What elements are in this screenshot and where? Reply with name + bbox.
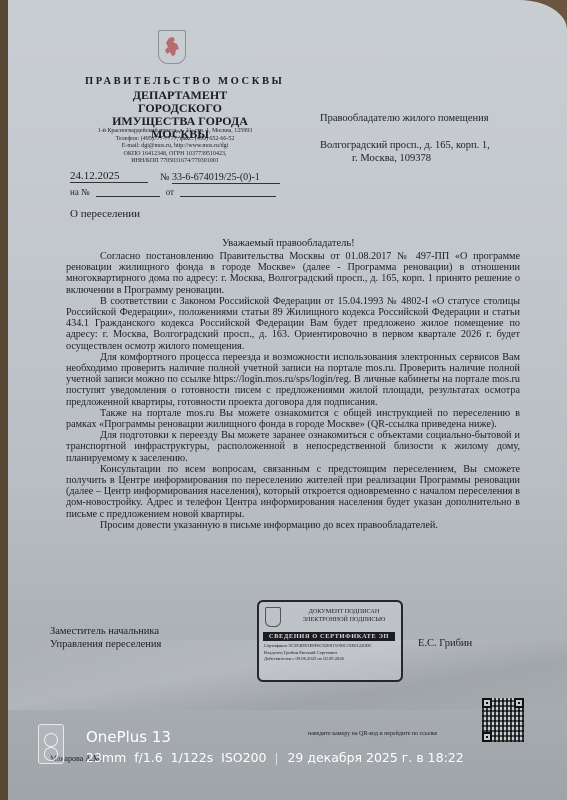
contact-okpo: ОКПО 16412348, ОГРН 1037739510423, (70, 151, 280, 159)
paragraph-renovation-decision: Согласно постановлению Правительства Мос… (66, 251, 520, 296)
paragraph-consultations: Консультации по всем вопросам, связанным… (66, 464, 520, 520)
paragraph-new-apartment: В соответствии с Законом Российской Феде… (66, 296, 520, 352)
qr-finder-pattern (514, 698, 524, 708)
contact-inn: ИНН/КПП 7705031674/770301001 (70, 158, 280, 166)
paragraph-request: Просим довести указанную в письме информ… (66, 520, 520, 531)
qr-finder-pattern (482, 732, 492, 742)
department-contacts: 1-й Красногвардейский проезд, д. 21, стр… (70, 128, 280, 166)
department-line-1: ДЕПАРТАМЕНТ ГОРОДСКОГО (90, 89, 270, 115)
registration-number: № 33-6-674019/25-(0)-1 (160, 172, 280, 183)
aperture: f/1.6 (134, 750, 163, 765)
number-value: 33-6-674019/25-(0)-1 (172, 172, 280, 184)
exif-line: 23mm f/1.6 1/122s ISO200 29 декабря 2025… (86, 750, 464, 765)
stamp-certificate-bar: СВЕДЕНИЯ О СЕРТИФИКАТЕ ЭП (263, 632, 395, 641)
qr-caption: наведите камеру на QR-код и перейдите по… (308, 731, 437, 737)
paragraph-infrastructure: Для подготовки к переезду Вы можете зара… (66, 430, 520, 464)
contact-email: E-mail: dgi@mos.ru, http://www.mos.ru/dg… (70, 143, 280, 151)
stamp-certificate: Сертификат 5C5F4DE3E8F6C82E815190C15E012… (264, 643, 398, 650)
stamp-validity: Действителен с 09.06.2025 по 02.09.2026 (264, 656, 398, 663)
ref-date-blank (180, 196, 276, 197)
iso: ISO200 (221, 750, 266, 765)
e-signature-stamp: ДОКУМЕНТ ПОДПИСАН ЭЛЕКТРОННОЙ ПОДПИСЬЮ С… (257, 600, 403, 682)
qr-code-icon[interactable] (482, 698, 524, 742)
recipient-block: Правообладателю жилого помещения Волгогр… (320, 112, 490, 165)
stamp-title-1: ДОКУМЕНТ ПОДПИСАН (289, 608, 399, 616)
paragraph-instructions: Также на портале mos.ru Вы можете ознако… (66, 408, 520, 430)
greeting: Уважаемый правообладатель! (222, 238, 355, 249)
capture-datetime: 29 декабря 2025 г. в 18:22 (287, 750, 463, 765)
stamp-title-2: ЭЛЕКТРОННОЙ ПОДПИСЬЮ (289, 616, 399, 624)
signatory-name: Е.С. Грибин (418, 638, 472, 649)
letter-date: 24.12.2025 (70, 170, 148, 183)
recipient-title: Правообладателю жилого помещения (320, 112, 490, 125)
camera-icon (38, 724, 64, 764)
ref-label: на № (70, 187, 90, 197)
stamp-owner: Владелец Грибин Евгений Сергеевич (264, 650, 398, 657)
moscow-coat-of-arms-icon (158, 30, 186, 64)
contact-phone: Телефон: (495)777-7777, факс: (499) 652-… (70, 136, 280, 144)
separator (276, 753, 277, 765)
camera-lens-top (44, 733, 58, 747)
signatory-position: Заместитель начальника Управления пересе… (50, 625, 161, 651)
recipient-address-1: Волгоградский просп., д. 165, корп. 1, (320, 139, 490, 152)
government-title: ПРАВИТЕЛЬСТВО МОСКВЫ (85, 76, 284, 87)
letter-subject: О переселении (70, 208, 140, 220)
qr-finder-pattern (482, 698, 492, 708)
stamp-title: ДОКУМЕНТ ПОДПИСАН ЭЛЕКТРОННОЙ ПОДПИСЬЮ (289, 608, 399, 624)
letter-body: Согласно постановлению Правительства Мос… (66, 251, 520, 531)
stamp-details: Сертификат 5C5F4DE3E8F6C82E815190C15E012… (264, 643, 398, 663)
camera-lens-bottom (44, 747, 58, 761)
device-name: OnePlus 13 (86, 728, 171, 746)
focal-length: 23mm (86, 750, 126, 765)
recipient-address-2: г. Москва, 109378 (320, 152, 490, 165)
number-label: № (160, 172, 170, 183)
ref-from-label: от (166, 187, 174, 197)
reference-line: на №от (70, 187, 282, 197)
contact-address: 1-й Красногвардейский проезд, д. 21, стр… (70, 128, 280, 136)
position-line-1: Заместитель начальника (50, 625, 161, 638)
ref-blank (96, 196, 160, 197)
paragraph-mos-ru-account: Для комфортного процесса переезда и возм… (66, 352, 520, 408)
shutter-speed: 1/122s (171, 750, 214, 765)
position-line-2: Управления переселения (50, 638, 161, 651)
stamp-crest-icon (265, 607, 281, 627)
